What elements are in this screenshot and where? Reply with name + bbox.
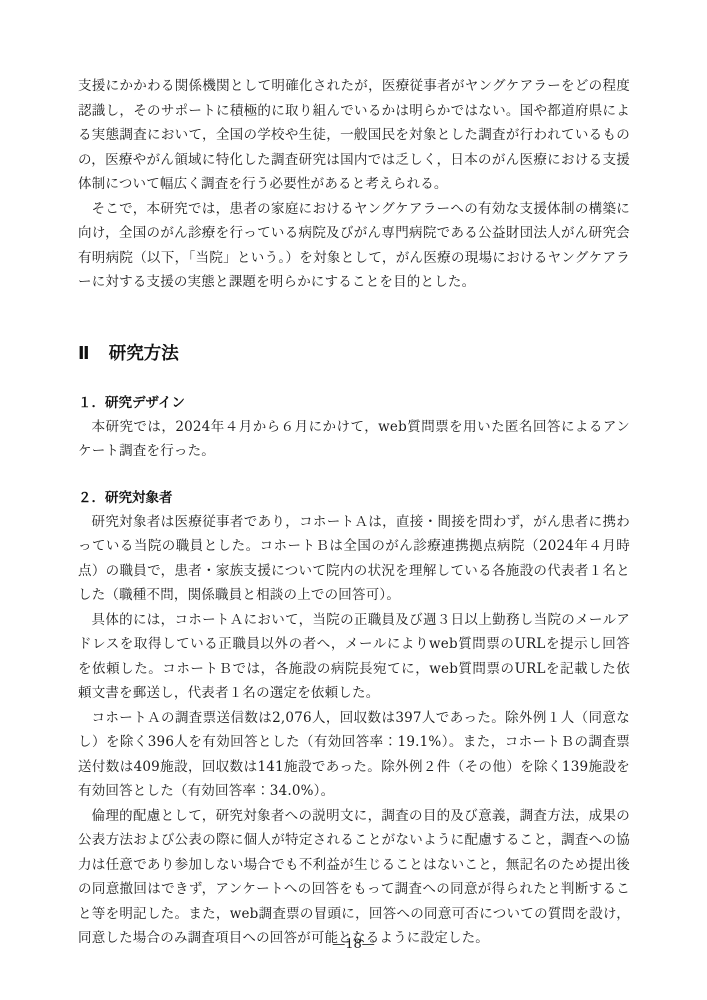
research-design-paragraph: 本研究では，2024年４月から６月にかけて，web質問票を用いた匿名回答によるア… xyxy=(78,415,630,464)
research-subjects-paragraph-2: 具体的には，コホートＡにおいて，当院の正職員及び週３日以上勤務し当院のメールアド… xyxy=(78,608,630,706)
subsection-heading-research-design: １．研究デザイン xyxy=(78,391,630,415)
research-subjects-paragraph-1: 研究対象者は医療従事者であり，コホートＡは，直接・間接を問わず，がん患者に携わっ… xyxy=(78,510,630,608)
page-number: —18— xyxy=(0,936,707,954)
intro-paragraph-2: そこで，本研究では，患者の家庭におけるヤングケアラーへの有効な支援体制の構築に向… xyxy=(78,197,630,295)
section-heading: Ⅱ研究方法 xyxy=(78,341,630,367)
section-number: Ⅱ xyxy=(78,344,90,364)
intro-paragraph-1: 支援にかかわる関係機関として明確化されたが，医療従事者がヤングケアラーをどの程度… xyxy=(78,74,630,197)
section-title: 研究方法 xyxy=(109,344,179,364)
research-subjects-paragraph-4: 倫理的配慮として，研究対象者への説明文に，調査の目的及び意義，調査方法，成果の公… xyxy=(78,804,630,951)
document-page: 支援にかかわる関係機関として明確化されたが，医療従事者がヤングケアラーをどの程度… xyxy=(0,0,707,1000)
research-subjects-paragraph-3: コホートＡの調査票送信数は2,076人，回収数は397人であった。除外例１人（同… xyxy=(78,706,630,804)
subsection-heading-research-subjects: ２．研究対象者 xyxy=(78,486,630,510)
